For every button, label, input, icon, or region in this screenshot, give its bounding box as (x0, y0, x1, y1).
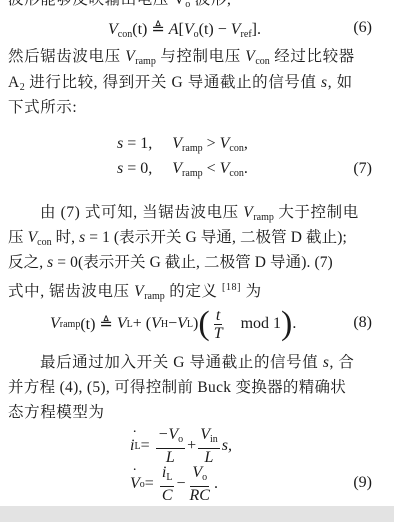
text: 与控制电压 (156, 48, 245, 65)
text: = 0(表示开关 G 截止, 二极管 D 导通). (7) (53, 254, 333, 271)
sym: V (28, 229, 38, 246)
paragraph-2-line-3: 反之, s = 0(表示开关 G 截止, 二极管 D 导通). (7) (8, 253, 380, 273)
paragraph-2-line-2: 压 Vcon 时, s = 1 (表示开关 G 导通, 二极管 D 截止); (8, 228, 380, 253)
text: < (203, 160, 220, 177)
text: 波形能够反映输出电压 V (8, 0, 185, 8)
text: 反之, (8, 254, 47, 271)
sub: ramp (135, 56, 156, 67)
paragraph-3-line-1: 最后通过加入开关 G 导通截止的信号值 s, 合 (40, 353, 380, 373)
fraction-Vin-over-L: VinL (198, 426, 220, 466)
text: − (176, 475, 185, 493)
text: = 0, (123, 160, 152, 177)
sub: con (37, 237, 51, 248)
denominator: T (212, 325, 225, 342)
numerator: iL (160, 464, 175, 487)
numerator: t (214, 307, 222, 325)
text: . (292, 315, 296, 333)
text: = 1 (表示开关 G 导通, 二极管 D 截止); (85, 229, 347, 246)
text: = 1, (123, 135, 152, 152)
equation-9-line-1: iL = −VoL + VinLs, (130, 428, 232, 464)
sub: con (229, 168, 243, 179)
text: (t) ≜ (80, 314, 113, 334)
text: 波形, (190, 0, 231, 8)
equation-number-6: (6) (353, 19, 372, 37)
sym: V (200, 426, 210, 443)
paragraph-cut-top: 波形能够反映输出电压 Vo 波形, (8, 0, 380, 15)
text: 最后通过加入开关 G 导通截止的信号值 (40, 354, 323, 371)
paragraph-1-line-2: A2 进行比较, 得到开关 G 导通截止的信号值 s, 如 (8, 73, 380, 98)
text: . (214, 475, 218, 493)
fraction-iL-over-C: iLC (160, 464, 175, 504)
equation-7-line-1: s = 1,Vramp > Vcon, (117, 135, 248, 154)
equation-7-line-2: s = 0,Vramp < Vcon. (117, 160, 248, 179)
sub: in (210, 434, 218, 445)
paragraph-1-line-3: 下式所示: (8, 98, 380, 118)
paragraph-3-line-2: 并方程 (4), (5), 可得控制前 Buck 变换器的精确状 (8, 378, 380, 398)
text: s, (222, 437, 232, 455)
text: = (145, 475, 154, 493)
equation-number-9: (9) (353, 474, 372, 492)
equation-9-line-2: Vo = iLC − VoRC. (130, 466, 218, 502)
sym: V (245, 48, 255, 65)
numerator: −Vo (156, 426, 186, 449)
sym: V (134, 283, 144, 300)
citation-link[interactable]: [18] (222, 282, 241, 293)
sub: con (229, 143, 243, 154)
sym: V (117, 315, 127, 333)
numerator: Vo (190, 464, 209, 487)
sub: ref (241, 29, 252, 40)
sym: V (50, 315, 60, 333)
sym: V (192, 464, 202, 481)
sub: con (255, 56, 269, 67)
sub: ramp (182, 168, 203, 179)
left-paren: ( (198, 309, 209, 339)
right-paren: ) (281, 309, 292, 339)
equation-number-8: (8) (353, 314, 372, 332)
sym-V-dot: V (130, 475, 140, 493)
sym: V (243, 204, 253, 221)
text: . (244, 160, 248, 177)
sym: V (172, 135, 182, 152)
text: (t) ≜ (132, 21, 169, 38)
paragraph-2-line-4: 式中, 锯齿波电压 Vramp 的定义 [18] 为 (8, 278, 380, 307)
text: , 合 (329, 354, 354, 371)
paragraph-3-line-3: 态方程模型为 (8, 403, 380, 423)
sub: ramp (60, 319, 81, 330)
sym: V (172, 160, 182, 177)
sym: V (151, 315, 161, 333)
sub: H (161, 319, 168, 330)
text: 大于控制电 (274, 204, 359, 221)
sub: ramp (182, 143, 203, 154)
text: ]. (252, 21, 261, 38)
sub: o (202, 472, 207, 483)
sub: o (178, 434, 183, 445)
text: A (8, 74, 20, 91)
fraction-neg-Vo-over-L: −VoL (156, 426, 186, 466)
text: , (244, 135, 248, 152)
sub: ramp (144, 291, 165, 302)
text: − (168, 315, 177, 333)
sym: V (125, 48, 135, 65)
sym: V (220, 135, 230, 152)
equation-number-7: (7) (353, 160, 372, 178)
text: + (187, 437, 196, 455)
text: mod 1 (241, 315, 281, 333)
fraction-t-over-T: tT (212, 307, 225, 342)
sub: con (118, 29, 132, 40)
text: 压 (8, 229, 28, 246)
text: = (141, 437, 150, 455)
sym: V (220, 160, 230, 177)
text: 然后锯齿波电压 (8, 48, 125, 65)
numerator: Vin (198, 426, 220, 449)
paragraph-1-line-1: 然后锯齿波电压 Vramp 与控制电压 Vcon 经过比较器 (8, 47, 380, 72)
equation-8: Vramp(t) ≜ VL + (VH − VL) ( tT mod 1 ). (50, 304, 296, 344)
paragraph-2-line-1: 由 (7) 式可知, 当锯齿波电压 Vramp 大于控制电 (40, 203, 380, 228)
text: > (203, 135, 220, 152)
sym: A (169, 21, 179, 38)
text: + ( (133, 315, 151, 333)
text: 为 (241, 283, 262, 300)
denominator: C (160, 487, 175, 504)
sym: V (108, 21, 118, 38)
sym: −V (158, 426, 179, 443)
paper-page: 波形能够反映输出电压 Vo 波形, Vcon(t) ≜ A[Vo(t) − Vr… (0, 0, 394, 506)
text: (t) − (199, 21, 231, 38)
sub: ramp (253, 212, 274, 223)
sym: s (321, 74, 328, 91)
text: 进行比较, 得到开关 G 导通截止的信号值 (25, 74, 321, 91)
fraction-Vo-over-RC: VoRC (188, 464, 212, 504)
sym: V (177, 315, 187, 333)
text: , 如 (328, 74, 353, 91)
sub: L (166, 472, 172, 483)
sym: V (231, 21, 241, 38)
sym: V (184, 21, 194, 38)
denominator: RC (188, 487, 212, 504)
text: 由 (7) 式可知, 当锯齿波电压 (40, 204, 243, 221)
page-bottom-gray-bar (0, 506, 394, 522)
text: 的定义 (165, 283, 222, 300)
text: 经过比较器 (270, 48, 355, 65)
text: 时, (52, 229, 80, 246)
sym-i-dot: i (130, 437, 134, 455)
equation-6: Vcon(t) ≜ A[Vo(t) − Vref]. (108, 19, 261, 40)
text: 式中, 锯齿波电压 (8, 283, 134, 300)
